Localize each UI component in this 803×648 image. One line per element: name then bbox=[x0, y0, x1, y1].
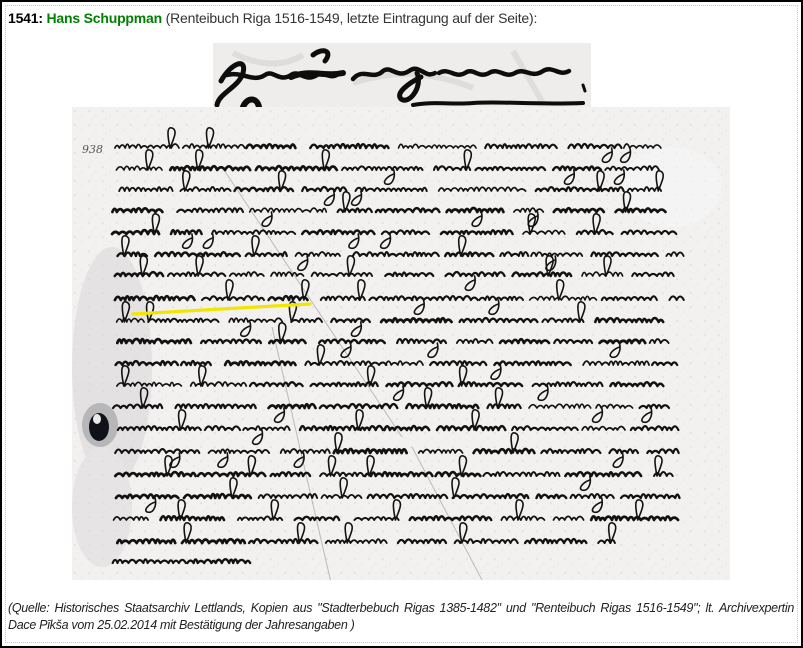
name-detail-handwriting bbox=[213, 43, 591, 107]
entry-separator: : bbox=[38, 10, 46, 26]
manuscript-handwriting: 938 bbox=[72, 107, 730, 580]
margin-folio-number: 938 bbox=[82, 143, 103, 156]
entry-heading: 1541: Hans Schuppman (Renteibuch Riga 15… bbox=[8, 10, 537, 26]
source-citation: (Quelle: Historisches Staatsarchiv Lettl… bbox=[8, 600, 794, 634]
entry-year: 1541 bbox=[8, 10, 38, 26]
entry-description: (Renteibuch Riga 1516-1549, letzte Eintr… bbox=[162, 10, 537, 26]
name-detail-image bbox=[213, 43, 591, 107]
person-name: Hans Schuppman bbox=[47, 10, 162, 26]
manuscript-page-image: 938 bbox=[72, 107, 730, 580]
